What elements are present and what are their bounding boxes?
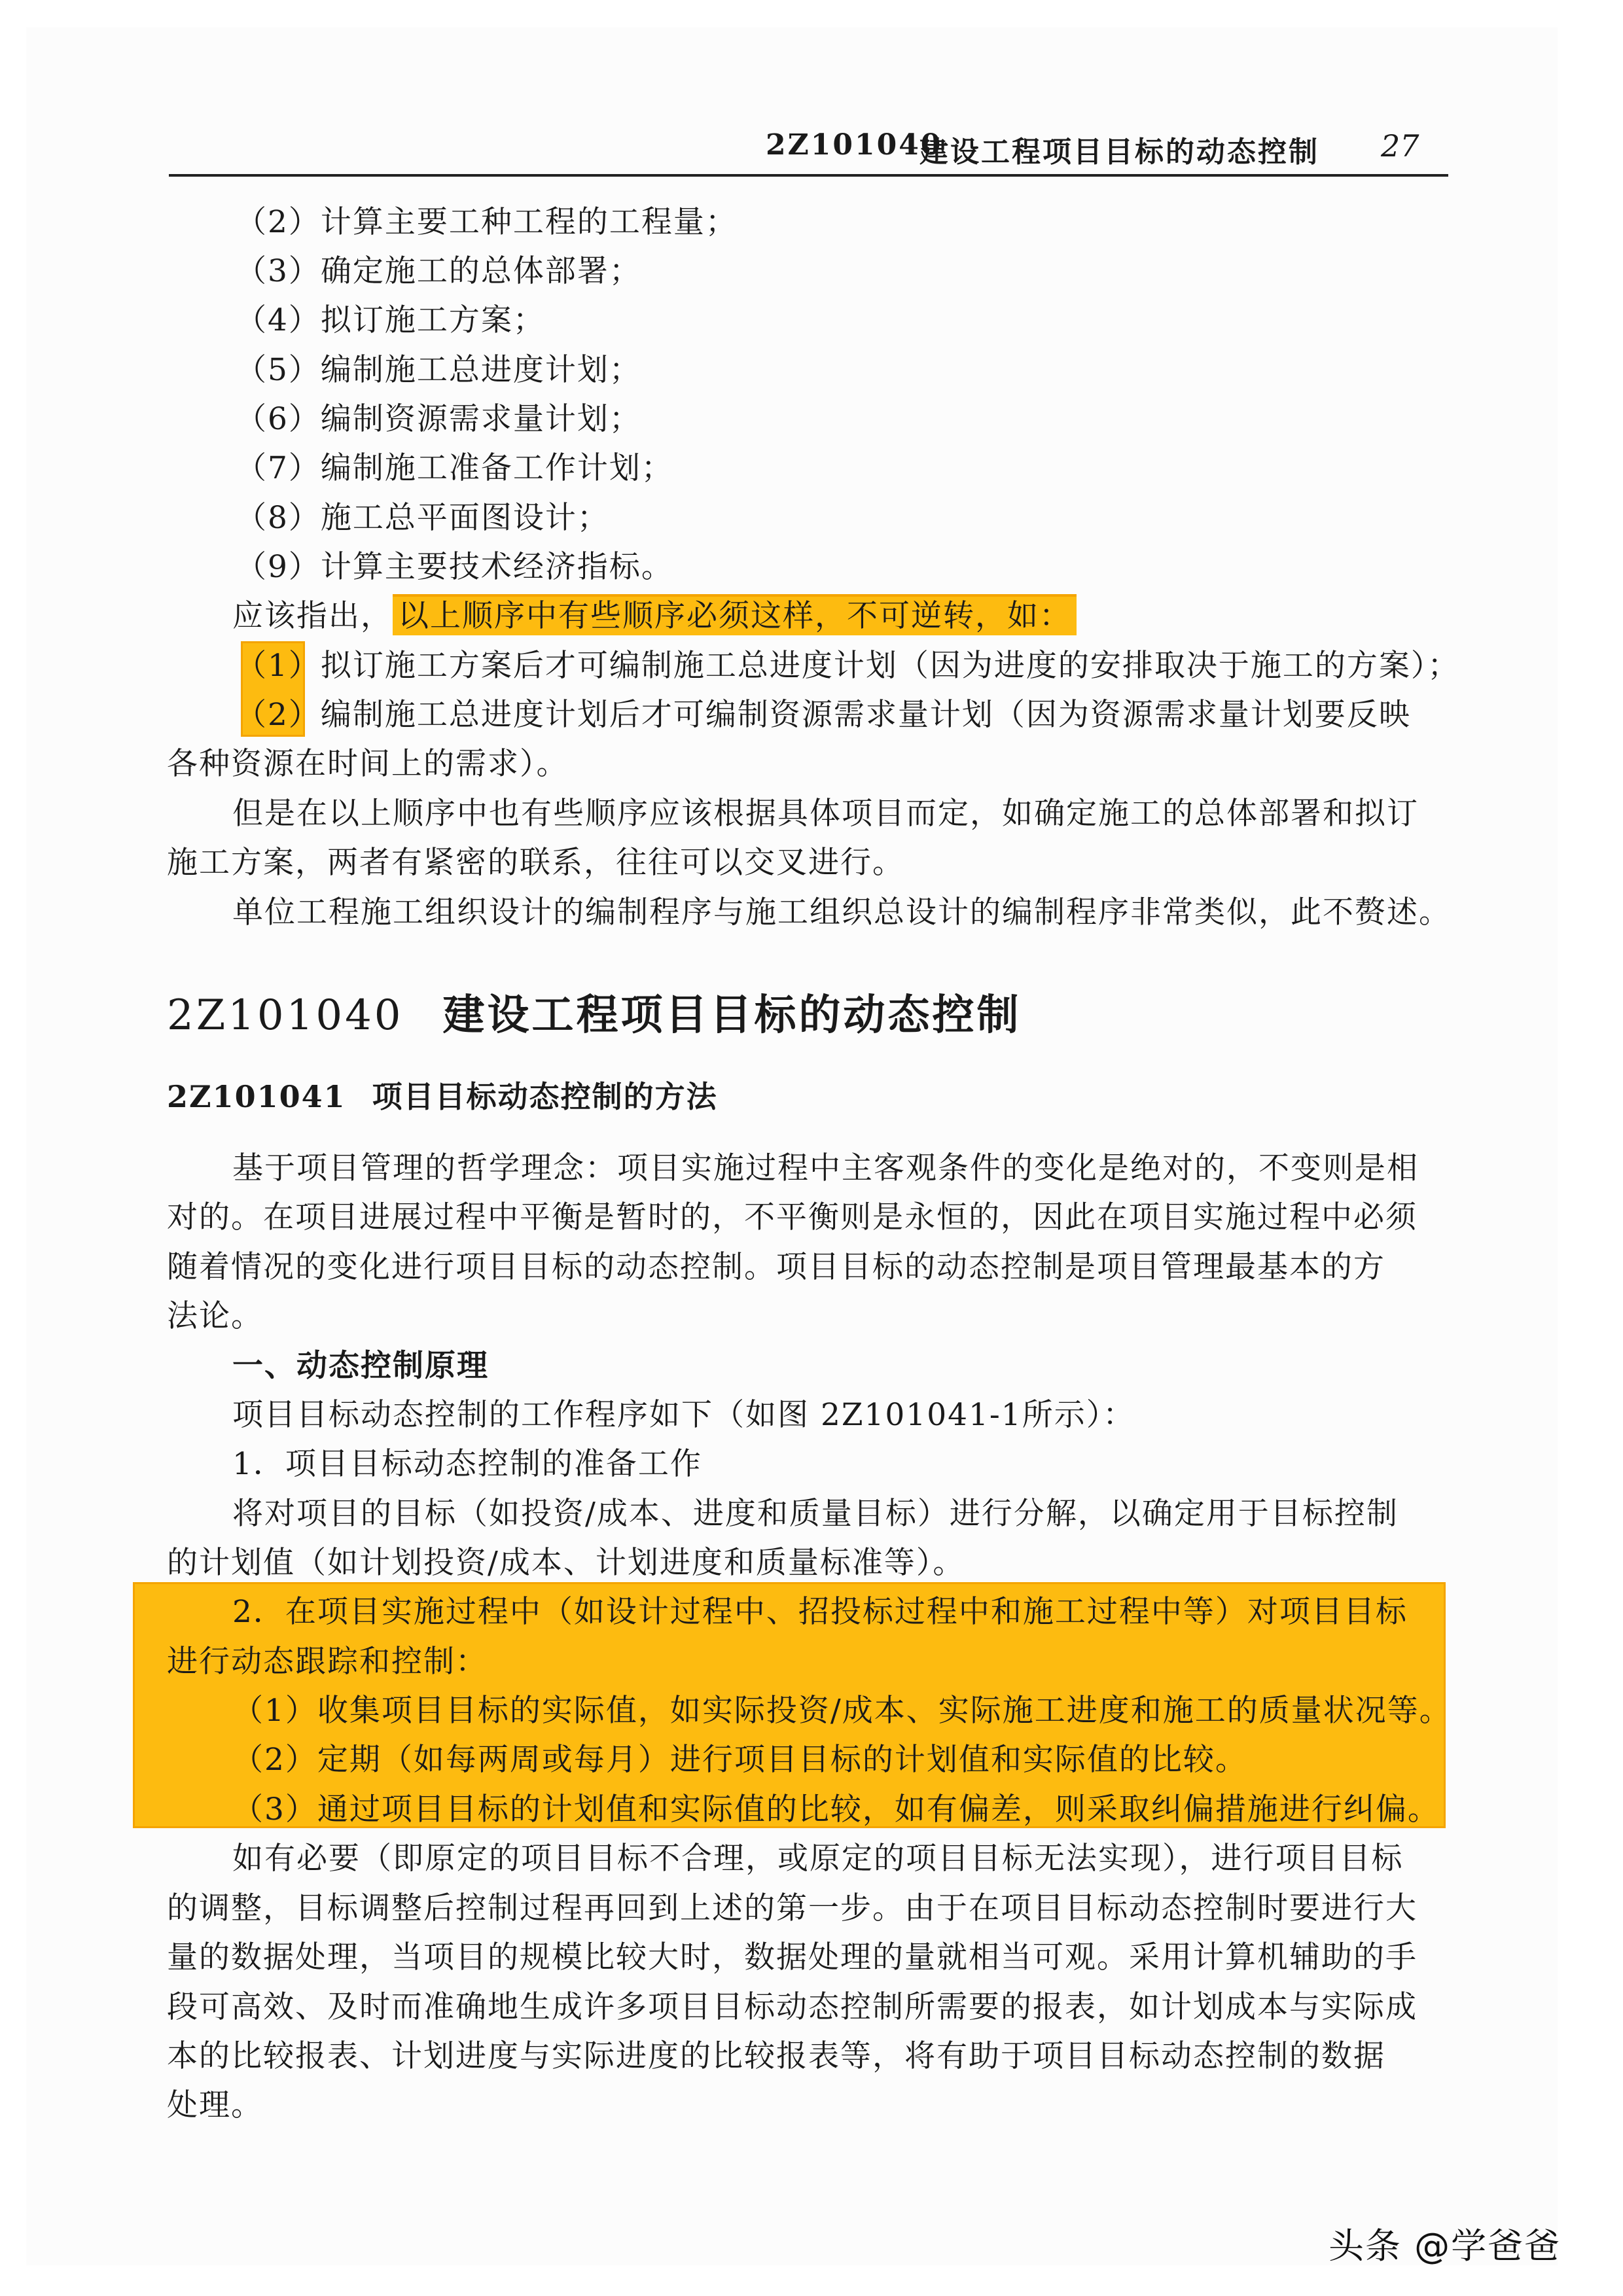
- order-text: 拟订施工方案后才可编制施工总进度计划（因为进度的安排取决于施工的方案）；: [321, 648, 1460, 684]
- list-item: （6）编制资源需求量计划；: [236, 395, 641, 444]
- paragraph-line: 法论。: [167, 1292, 263, 1341]
- step2-item: （3）通过项目目标的计划值和实际值的比较，如有偏差，则采取纠偏措施进行纠偏。: [232, 1785, 1440, 1834]
- watermark: 头条 @学爸爸: [1329, 2218, 1561, 2269]
- section-code: 2Z101040: [167, 991, 404, 1040]
- paragraph-line: 对的。在项目进展过程中平衡是暂时的，不平衡则是永恒的，因此在项目实施过程中必须: [167, 1193, 1418, 1242]
- highlighted-text: 以上顺序中有些顺序必须这样，不可逆转，如：: [393, 594, 1077, 635]
- running-header-code: 2Z101040: [766, 128, 942, 162]
- order-marker: （1）: [236, 648, 321, 684]
- section-heading: 2Z101040建设工程项目目标的动态控制: [167, 981, 1022, 1042]
- paragraph-line: 段可高效、及时而准确地生成许多项目目标动态控制所需要的报表，如计划成本与实际成: [167, 1983, 1418, 2032]
- paragraph-line: 处理。: [167, 2081, 263, 2130]
- paragraph-line: 单位工程施工组织设计的编制程序与施工组织总设计的编制程序非常类似，此不赘述。: [232, 888, 1451, 937]
- paragraph-line: 进行动态跟踪和控制：: [167, 1637, 488, 1686]
- order-marker: （2）: [236, 697, 321, 733]
- subsection-title: 项目目标动态控制的方法: [372, 1079, 718, 1114]
- paragraph-line: 如有必要（即原定的项目目标不合理，或原定的项目目标无法实现），进行项目目标: [232, 1834, 1404, 1883]
- paragraph-line: 但是在以上顺序中也有些顺序应该根据具体项目而定，如确定施工的总体部署和拟订: [232, 789, 1419, 838]
- subsection-code: 2Z101041: [167, 1079, 346, 1114]
- page-number: 27: [1381, 128, 1419, 164]
- paragraph-line: 量的数据处理，当项目的规模比较大时，数据处理的量就相当可观。采用计算机辅助的手: [167, 1933, 1418, 1982]
- list-item: （2）计算主要工种工程的工程量；: [236, 198, 738, 247]
- section-title: 建设工程项目目标的动态控制: [443, 991, 1022, 1040]
- subsection-heading: 2Z101041项目目标动态控制的方法: [167, 1073, 718, 1116]
- running-header-title: 建设工程项目目标的动态控制: [919, 128, 1319, 170]
- paragraph-line: 施工方案，两者有紧密的联系，往往可以交叉进行。: [167, 838, 904, 887]
- list-item: （3）确定施工的总体部署；: [236, 247, 641, 296]
- step2-item: （1）收集项目目标的实际值，如实际投资/成本、实际施工进度和施工的质量状况等。: [232, 1686, 1452, 1735]
- paragraph-line: 的调整，目标调整后控制过程再回到上述的第一步。由于在项目目标动态控制时要进行大: [167, 1884, 1418, 1933]
- paragraph-line: 2．在项目实施过程中（如设计过程中、招投标过程中和施工过程中等）对项目目标: [232, 1587, 1408, 1636]
- paragraph-line: 的计划值（如计划投资/成本、计划进度和质量标准等）。: [167, 1538, 965, 1587]
- order-item: （1）拟订施工方案后才可编制施工总进度计划（因为进度的安排取决于施工的方案）；: [236, 641, 1459, 690]
- list-item: （9）计算主要技术经济指标。: [236, 542, 673, 592]
- procedure-line: 项目目标动态控制的工作程序如下（如图 2Z101041-1所示）：: [232, 1390, 1135, 1439]
- order-text: 编制施工总进度计划后才可编制资源需求量计划（因为资源需求量计划要反映: [321, 697, 1411, 733]
- paragraph-line: 随着情况的变化进行项目目标的动态控制。项目目标的动态控制是项目管理最基本的方: [167, 1243, 1385, 1292]
- list-item: （8）施工总平面图设计；: [236, 493, 609, 542]
- step2-item: （2）定期（如每两周或每月）进行项目目标的计划值和实际值的比较。: [232, 1735, 1247, 1784]
- list-item: （5）编制施工总进度计划；: [236, 345, 641, 395]
- header-rule: [169, 174, 1448, 177]
- step1-title: 1．项目目标动态控制的准备工作: [232, 1439, 702, 1489]
- note-line: 应该指出，以上顺序中有些顺序必须这样，不可逆转，如：: [232, 592, 1077, 641]
- list-item: （7）编制施工准备工作计划；: [236, 444, 673, 493]
- principle-heading: 一、动态控制原理: [232, 1341, 489, 1390]
- paragraph-line: 基于项目管理的哲学理念：项目实施过程中主客观条件的变化是绝对的，不变则是相: [232, 1144, 1419, 1193]
- note-prefix: 应该指出，: [232, 598, 393, 634]
- order-item: （2）编制施工总进度计划后才可编制资源需求量计划（因为资源需求量计划要反映: [236, 690, 1411, 739]
- paragraph-line: 本的比较报表、计划进度与实际进度的比较报表等，将有助于项目目标动态控制的数据: [167, 2032, 1385, 2081]
- list-item: （4）拟订施工方案；: [236, 296, 545, 345]
- paragraph-line: 将对项目的目标（如投资/成本、进度和质量目标）进行分解，以确定用于目标控制: [232, 1489, 1399, 1538]
- order-item-continuation: 各种资源在时间上的需求）。: [167, 739, 569, 788]
